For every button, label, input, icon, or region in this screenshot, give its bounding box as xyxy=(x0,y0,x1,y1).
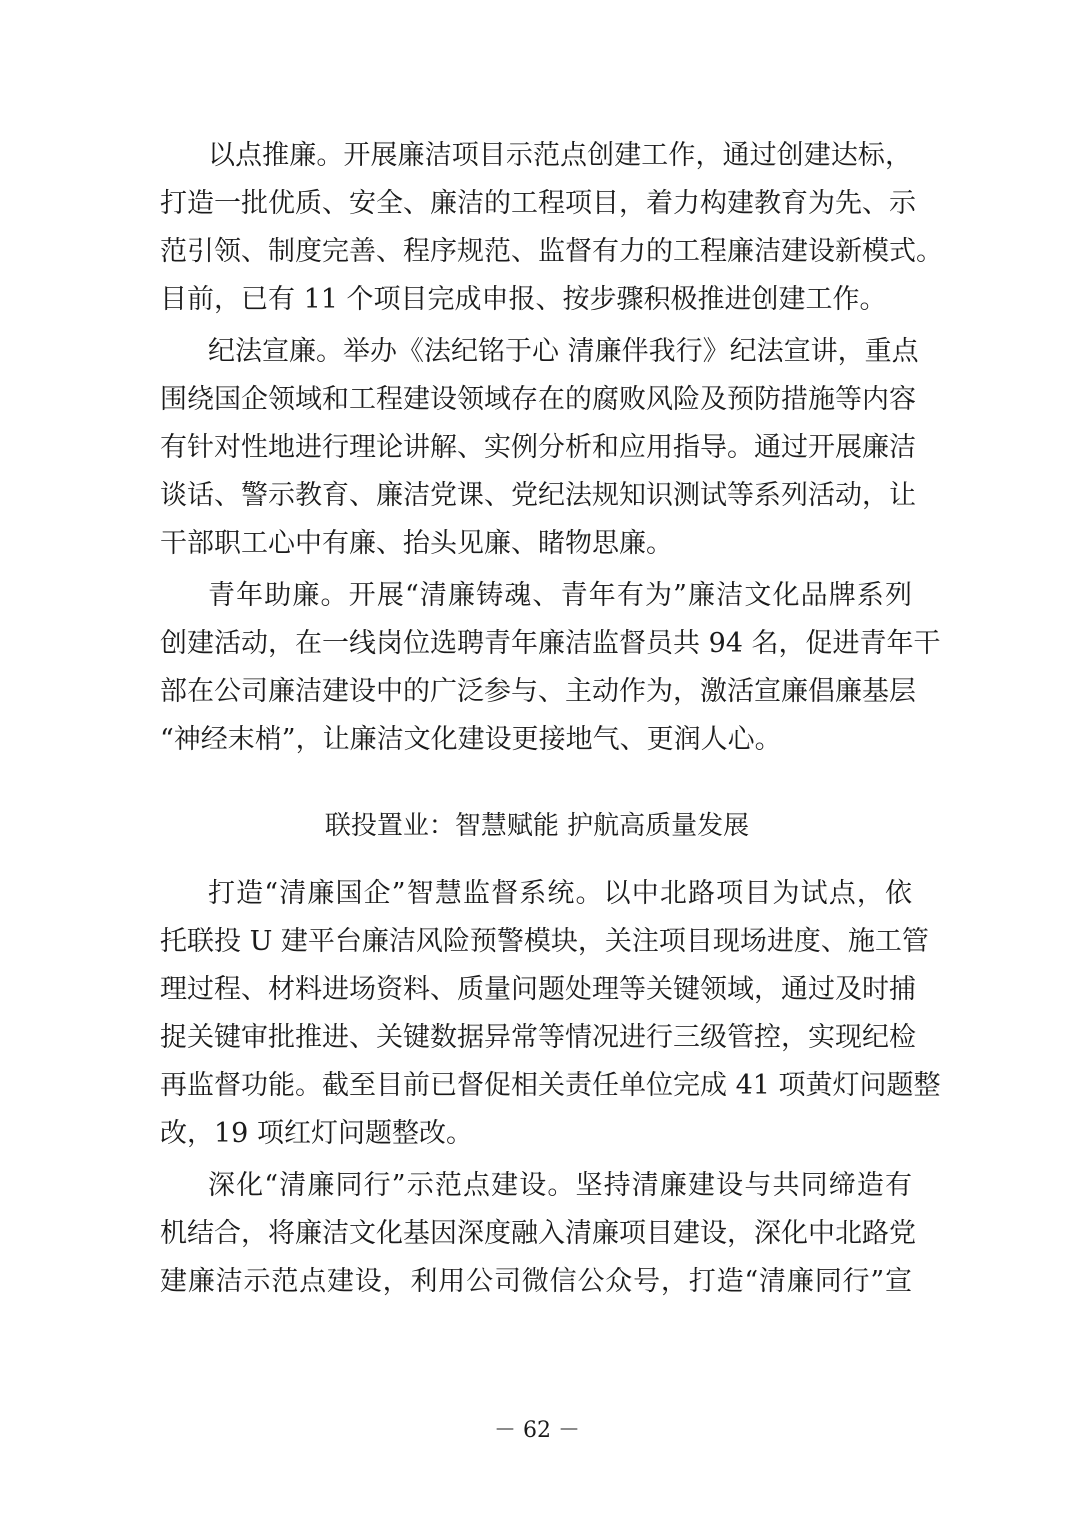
section-paragraph-2-line-1: 深化“清廉同行”示范点建设。坚持清廉建设与共同缔造有 xyxy=(208,1169,912,1203)
section-paragraph-2-line-3: 建廉洁示范点建设，利用公司微信公众号，打造“清廉同行”宣 xyxy=(160,1265,912,1299)
paragraph-2-line-2: 围绕国企领域和工程建设领域存在的腐败风险及预防措施等内容 xyxy=(160,383,912,417)
paragraph-1-line-4: 目前，已有 11 个项目完成申报、按步骤积极推进创建工作。 xyxy=(160,283,912,317)
document-page: 以点推廉。开展廉洁项目示范点创建工作，通过创建达标， 打造一批优质、安全、廉洁的… xyxy=(0,0,1074,1520)
paragraph-2-line-4: 谈话、警示教育、廉洁党课、党纪法规知识测试等系列活动，让 xyxy=(160,479,912,513)
section-paragraph-1-line-5: 再监督功能。截至目前已督促相关责任单位完成 41 项黄灯问题整 xyxy=(160,1069,912,1103)
section-paragraph-1-line-4: 捉关键审批推进、关键数据异常等情况进行三级管控，实现纪检 xyxy=(160,1021,912,1055)
section-paragraph-1-line-1: 打造“清廉国企”智慧监督系统。以中北路项目为试点，依 xyxy=(208,877,912,911)
section-paragraph-1-line-6: 改，19 项红灯问题整改。 xyxy=(160,1117,912,1151)
section-heading: 联投置业：智慧赋能 护航高质量发展 xyxy=(0,809,1074,843)
paragraph-2-line-5: 干部职工心中有廉、抬头见廉、睹物思廉。 xyxy=(160,527,912,561)
page-number: － 62 － xyxy=(0,1413,1074,1444)
section-paragraph-1-line-2: 托联投 U 建平台廉洁风险预警模块，关注项目现场进度、施工管 xyxy=(160,925,912,959)
paragraph-2-line-1: 纪法宣廉。举办《法纪铭于心 清廉伴我行》纪法宣讲，重点 xyxy=(208,335,912,369)
paragraph-1-line-3: 范引领、制度完善、程序规范、监督有力的工程廉洁建设新模式。 xyxy=(160,235,912,269)
section-paragraph-1-line-3: 理过程、材料进场资料、质量问题处理等关键领域，通过及时捕 xyxy=(160,973,912,1007)
paragraph-3-line-4: “神经末梢”，让廉洁文化建设更接地气、更润人心。 xyxy=(160,723,912,757)
paragraph-2-line-3: 有针对性地进行理论讲解、实例分析和应用指导。通过开展廉洁 xyxy=(160,431,912,465)
paragraph-3-line-2: 创建活动，在一线岗位选聘青年廉洁监督员共 94 名，促进青年干 xyxy=(160,627,912,661)
paragraph-3-line-1: 青年助廉。开展“清廉铸魂、青年有为”廉洁文化品牌系列 xyxy=(208,579,912,613)
paragraph-1-line-2: 打造一批优质、安全、廉洁的工程项目，着力构建教育为先、示 xyxy=(160,187,912,221)
paragraph-1-line-1: 以点推廉。开展廉洁项目示范点创建工作，通过创建达标， xyxy=(208,139,912,173)
paragraph-3-line-3: 部在公司廉洁建设中的广泛参与、主动作为，激活宣廉倡廉基层 xyxy=(160,675,912,709)
section-paragraph-2-line-2: 机结合，将廉洁文化基因深度融入清廉项目建设，深化中北路党 xyxy=(160,1217,912,1251)
